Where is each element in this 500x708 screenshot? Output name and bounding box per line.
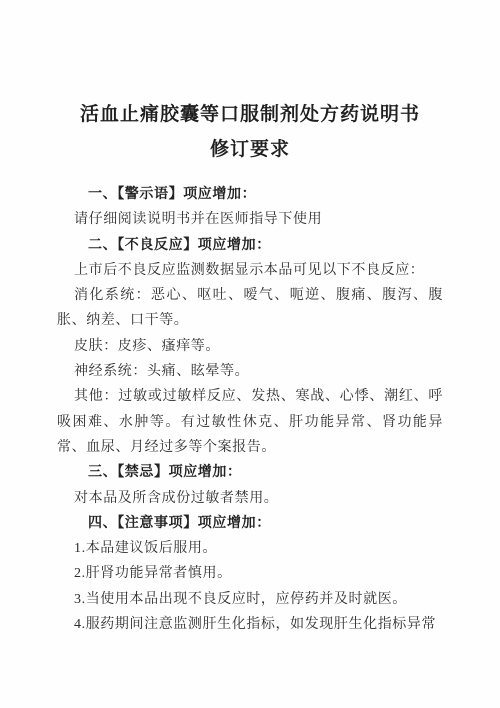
paragraph: 请仔细阅读说明书并在医师指导下使用 [57,207,443,232]
title-line-1: 活血止痛胶囊等口服制剂处方药说明书 [57,97,443,132]
section-heading: 三、【禁忌】项应增加： [57,460,443,485]
document-body: 一、【警示语】项应增加：请仔细阅读说明书并在医师指导下使用二、【不良反应】项应增… [57,182,443,637]
paragraph: 皮肤：皮疹、瘙痒等。 [57,334,443,359]
document-title: 活血止痛胶囊等口服制剂处方药说明书 修订要求 [57,97,443,167]
title-line-2: 修订要求 [57,132,443,167]
paragraph: 4.服药期间注意监测肝生化指标，如发现肝生化指标异常 [57,612,443,637]
document-page: 活血止痛胶囊等口服制剂处方药说明书 修订要求 一、【警示语】项应增加：请仔细阅读… [0,0,500,708]
paragraph: 上市后不良反应监测数据显示本品可见以下不良反应： [57,258,443,283]
section-heading: 一、【警示语】项应增加： [57,182,443,207]
section-heading: 二、【不良反应】项应增加： [57,233,443,258]
paragraph: 消化系统：恶心、呕吐、嗳气、呃逆、腹痛、腹泻、腹胀、纳差、口干等。 [57,283,443,334]
paragraph: 2.肝肾功能异常者慎用。 [57,561,443,586]
paragraph: 对本品及所含成份过敏者禁用。 [57,486,443,511]
section-heading: 四、【注意事项】项应增加： [57,511,443,536]
paragraph: 神经系统：头痛、眩晕等。 [57,359,443,384]
paragraph: 1.本品建议饭后服用。 [57,536,443,561]
paragraph: 其他：过敏或过敏样反应、发热、寒战、心悸、潮红、呼吸困难、水肿等。有过敏性休克、… [57,384,443,460]
paragraph: 3.当使用本品出现不良反应时，应停药并及时就医。 [57,587,443,612]
